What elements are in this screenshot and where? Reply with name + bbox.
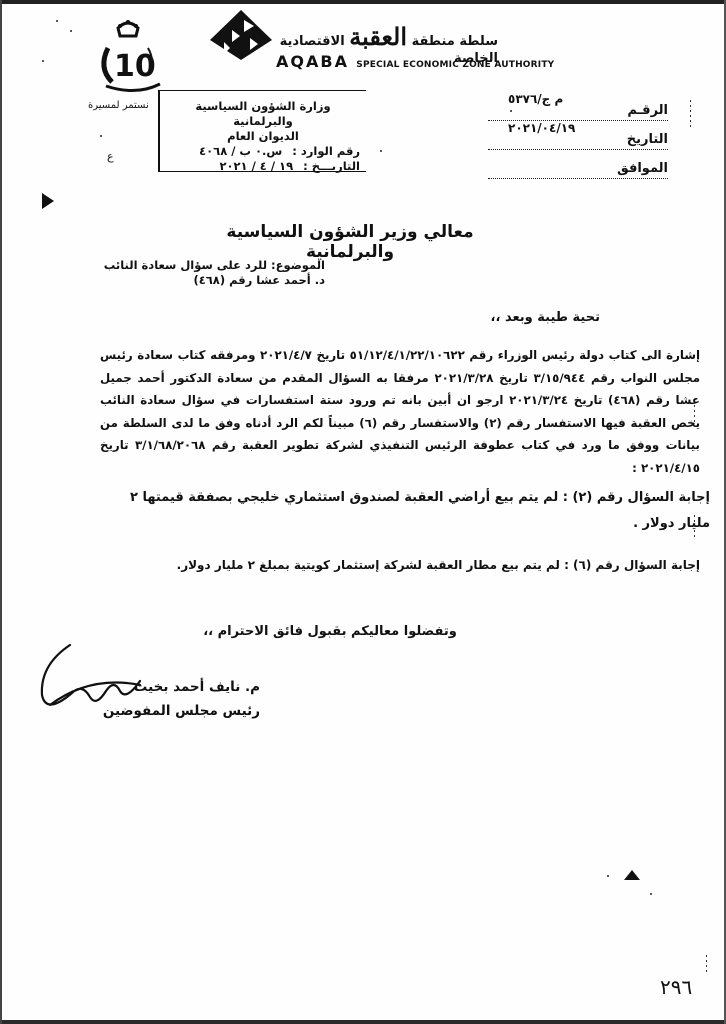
addressee-heading: معالي وزير الشؤون السياسية والبرلمانية <box>200 222 500 262</box>
scan-speck <box>42 60 44 62</box>
org-ar-name: العقبة <box>349 22 407 51</box>
subject-line-2: د. أحمد عشا رقم (٤٦٨) <box>95 273 325 288</box>
margin-mark: ع <box>107 150 114 163</box>
stamp-date-value: ١٩ / ٤ / ٢٠٢١ <box>220 159 294 174</box>
org-ar-prefix: سلطة منطقة <box>412 34 498 49</box>
reference-date-value: ٢٠٢١/٠٤/١٩ <box>508 121 575 135</box>
stamp-date-label: التاريـــخ : <box>303 159 360 174</box>
scan-speck <box>70 30 72 32</box>
reference-number-label: الرقـم <box>627 103 668 118</box>
scan-left-edge <box>0 0 2 1024</box>
answer-2-label: إجابة السؤال رقم (٢) : <box>563 490 710 505</box>
org-en-suffix: SPECIAL ECONOMIC ZONE AUTHORITY <box>356 60 554 70</box>
stamp-ministry: وزارة الشؤون السياسية والبرلمانية <box>166 99 360 129</box>
greeting: تحية طيبة وبعد ،، <box>420 310 600 325</box>
answer-question-6: إجابة السؤال رقم (٦) : لم يتم بيع مطار ا… <box>170 558 700 572</box>
scan-artifact <box>694 405 695 425</box>
svg-text:10: 10 <box>114 49 156 84</box>
scan-marker-triangle-up-icon <box>624 870 640 880</box>
closing-line: وتفضلوا معاليكم بقبول فائق الاحترام ،، <box>200 624 460 639</box>
scan-artifact <box>690 100 691 130</box>
emblem-label: نستمر لمسيرة <box>88 100 149 111</box>
scan-top-edge <box>0 0 726 4</box>
answer-6-text: لم يتم بيع مطار العقبة لشركة إستثمار كوي… <box>177 558 560 572</box>
reference-hijri-line: الموافق <box>488 150 668 179</box>
handwritten-page-number: ٢٩٦ <box>660 975 692 999</box>
scan-bottom-edge <box>0 1020 726 1024</box>
scan-speck <box>56 20 58 22</box>
reference-date-label: التاريخ <box>627 132 668 147</box>
subject-block: الموضوع: للرد على سؤال سعادة النائب د. أ… <box>95 258 325 288</box>
reference-number-value: م ج/٥٣٧٦ <box>508 92 563 106</box>
signer-title: رئيس مجلس المفوضين <box>90 699 260 723</box>
answer-question-2: إجابة السؤال رقم (٢) : لم يتم بيع أراضي … <box>120 485 710 537</box>
scan-speck <box>100 135 102 137</box>
scanned-letter-page: سلطة منطقة العقبة الاقتصادية الخاصة AQAB… <box>0 0 726 1024</box>
reference-block: الرقـم م ج/٥٣٧٦ التاريخ ٢٠٢١/٠٤/١٩ الموا… <box>488 92 668 179</box>
received-stamp: وزارة الشؤون السياسية والبرلمانية الديوا… <box>158 90 366 172</box>
reference-number-line: الرقـم م ج/٥٣٧٦ <box>488 92 668 121</box>
scan-marker-triangle-icon <box>42 193 54 209</box>
stamp-department: الديوان العام <box>166 129 360 144</box>
body-paragraph: إشارة الى كتاب دولة رئيس الوزراء رقم ٥١/… <box>100 344 700 479</box>
reference-hijri-label: الموافق <box>617 161 668 176</box>
org-en-name: AQABA <box>276 52 349 71</box>
aqaba-logo-icon <box>210 10 272 60</box>
scan-artifact <box>694 515 695 540</box>
scan-speck <box>607 875 609 877</box>
signer-name: م. نايف أحمد بخيت <box>90 675 260 699</box>
reference-date-line: التاريخ ٢٠٢١/٠٤/١٩ <box>488 121 668 150</box>
letterhead-english: AQABA SPECIAL ECONOMIC ZONE AUTHORITY <box>276 52 554 71</box>
answer-6-label: إجابة السؤال رقم (٦) : <box>564 558 700 572</box>
subject-line-1: الموضوع: للرد على سؤال سعادة النائب <box>95 258 325 273</box>
stamp-number-value: س.٠ ب / ٤٠٦٨ <box>199 144 282 159</box>
centennial-crown-emblem-icon: 10 <box>88 18 168 98</box>
scan-speck <box>380 150 382 152</box>
scan-speck <box>510 110 512 112</box>
signer-block: م. نايف أحمد بخيت رئيس مجلس المفوضين <box>90 675 260 723</box>
scan-speck <box>650 893 652 895</box>
scan-artifact <box>706 955 707 975</box>
stamp-number-label: رقم الوارد : <box>292 144 360 159</box>
